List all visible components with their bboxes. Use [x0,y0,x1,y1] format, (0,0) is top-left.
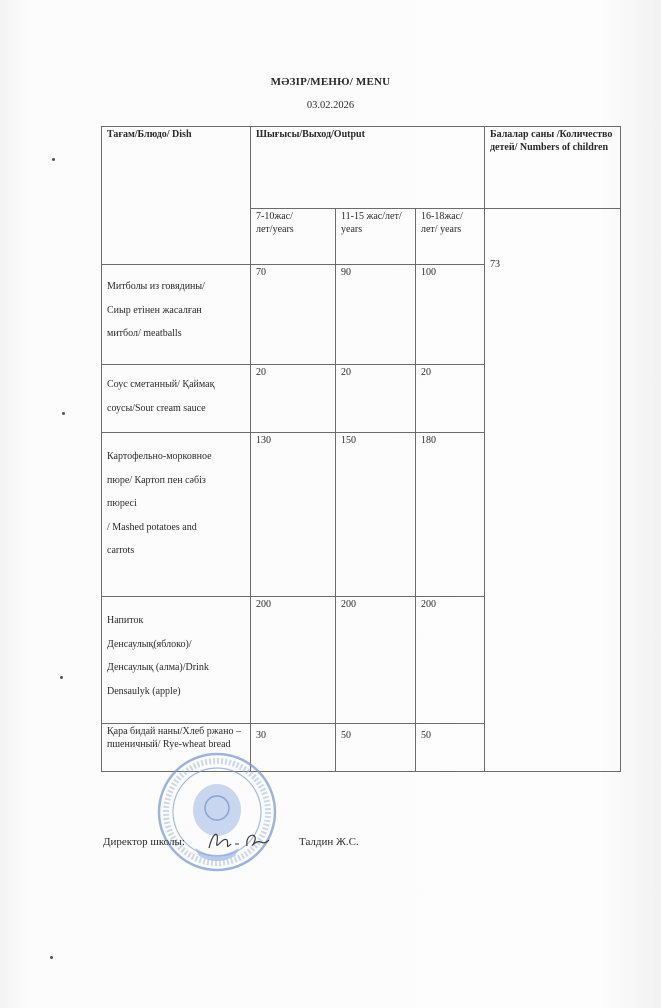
director-name: Талдин Ж.С. [299,836,359,848]
value-7-10: 200 [251,597,336,724]
value-7-10: 70 [251,265,336,365]
header-children: Балалар саны /Количество детей/ Numbers … [485,127,621,209]
header-age-11-15: 11-15 жас/лет/ years [336,209,416,265]
value-16-18: 20 [416,365,485,433]
value-16-18: 50 [416,724,485,772]
margin-mark [62,412,65,415]
value-16-18: 180 [416,433,485,597]
menu-title: МӘЗІР/МЕНЮ/ MENU [0,76,661,88]
children-count: 73 [490,259,500,270]
value-7-10: 130 [251,433,336,597]
value-11-15: 90 [336,265,416,365]
value-16-18: 100 [416,265,485,365]
margin-mark [60,676,63,679]
document-page: МӘЗІР/МЕНЮ/ MENU 03.02.2026 Тағам/Блюдо/… [0,0,661,1008]
header-age-7-10: 7-10жас/лет/years [251,209,336,265]
header-output: Шығысы/Выход/Output [251,127,485,209]
value-11-15: 150 [336,433,416,597]
value-7-10: 20 [251,365,336,433]
value-11-15: 50 [336,724,416,772]
dish-drink: Напиток Денсаулық(яблоко)/ Денсаулық (ал… [102,597,251,724]
dish-meatballs: Митболы из говядины/ Сиыр етінен жасалға… [102,265,251,365]
value-11-15: 200 [336,597,416,724]
menu-date: 03.02.2026 [0,100,661,111]
dish-sour-cream-sauce: Соус сметанный/ Қаймақ соусы/Sour cream … [102,365,251,433]
value-11-15: 20 [336,365,416,433]
margin-mark [52,158,55,161]
header-dish: Тағам/Блюдо/ Dish [102,127,251,265]
children-count-cell: 73 [485,209,621,772]
menu-table: Тағам/Блюдо/ Dish Шығысы/Выход/Output Ба… [101,126,621,772]
signature-icon [205,826,275,856]
director-label: Директор школы: [103,836,185,848]
header-age-16-18: 16-18жас/лет/ years [416,209,485,265]
margin-mark [50,956,53,959]
dish-mashed-potatoes: Картофельно-морковное пюре/ Картоп пен с… [102,433,251,597]
value-16-18: 200 [416,597,485,724]
